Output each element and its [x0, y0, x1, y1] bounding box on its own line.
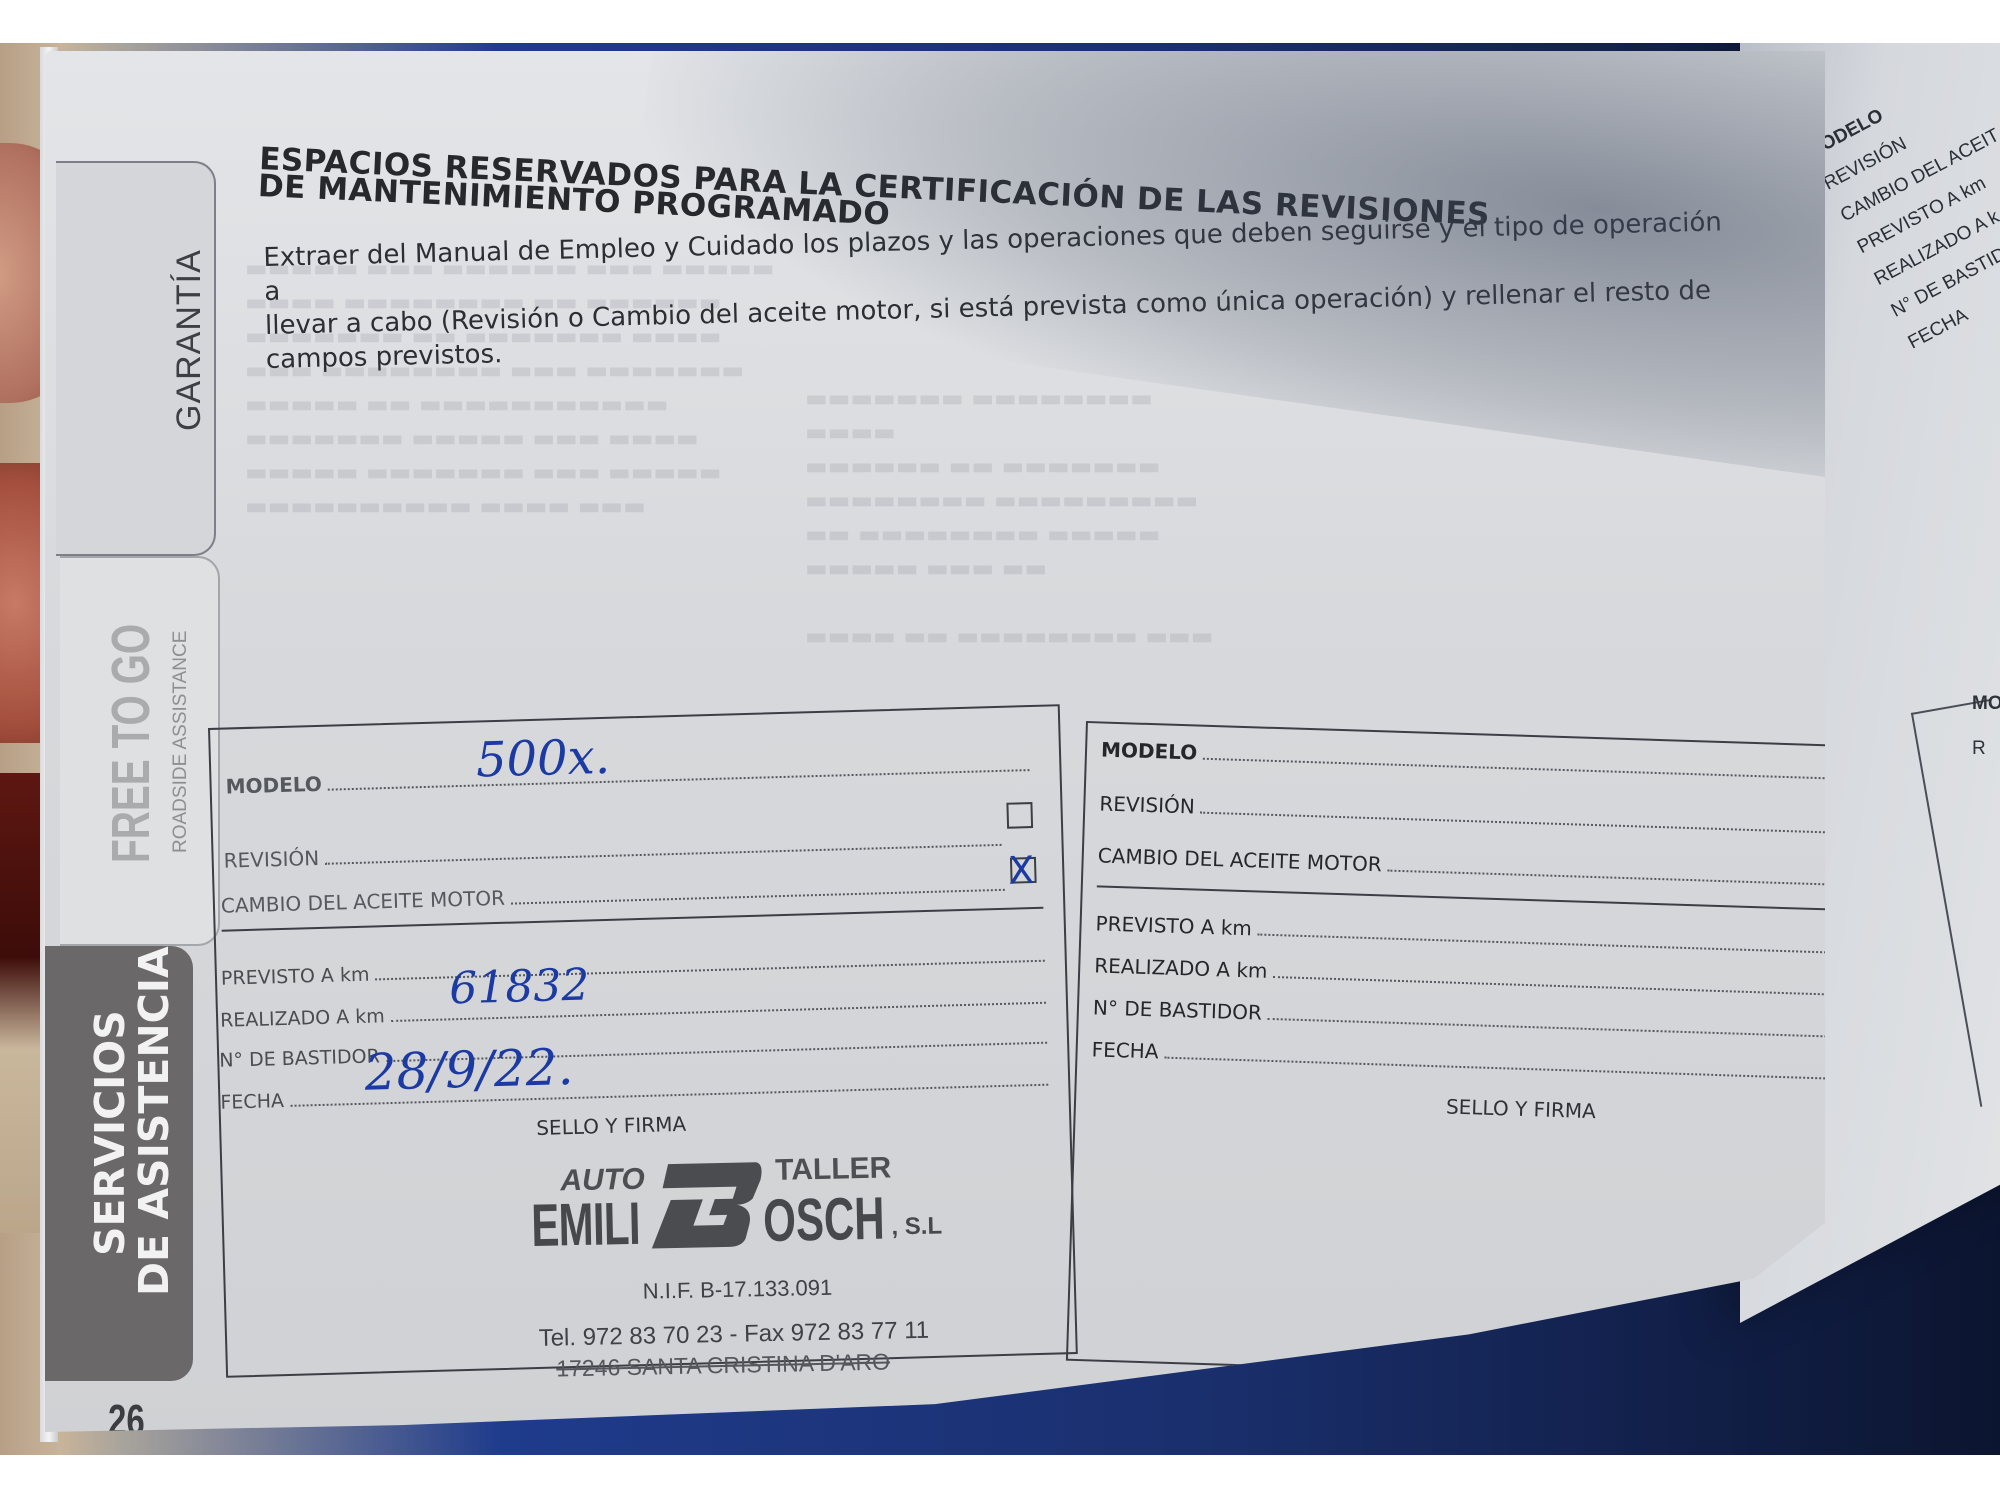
field-modelo: MODELO	[225, 752, 1029, 798]
fecha-handwritten-value: 28/9/22.	[364, 1038, 574, 1102]
label-fecha: FECHA	[220, 1090, 290, 1114]
tab-roadside-label: ROADSIDE ASSISTANCE	[170, 631, 192, 853]
page-number: 26	[108, 1396, 145, 1446]
revision-checkbox[interactable]	[1006, 802, 1033, 829]
label-realizado-km: REALIZADO A km	[1094, 953, 1274, 983]
field-previsto-km: PREVISTO A km	[1095, 911, 1933, 961]
field-bastidor: N° DE BASTIDOR	[219, 1027, 1047, 1072]
label-cambio-aceite: CAMBIO DEL ACEITE MOTOR	[1097, 843, 1388, 876]
tab-garantia-label: GARANTÍA	[170, 249, 209, 431]
label-previsto-km: PREVISTO A km	[221, 963, 376, 989]
stamp-address: 17246 SANTA CRISTINA D'ARO	[556, 1349, 890, 1383]
next-page-mini-revision: R	[1972, 738, 1986, 760]
label-modelo: MODELO	[225, 772, 328, 799]
label-modelo: MODELO	[1101, 737, 1204, 764]
label-revision: REVISIÓN	[223, 846, 325, 873]
stamp-nif: N.I.F. B-17.133.091	[642, 1275, 832, 1305]
modelo-input-line[interactable]	[1203, 758, 1925, 783]
modelo-input-line[interactable]	[328, 769, 1030, 791]
sello-y-firma-label: SELLO Y FIRMA	[1446, 1095, 1597, 1124]
field-realizado-km: REALIZADO A km	[220, 987, 1046, 1032]
tab-servicios-label-1: SERVICIOS	[86, 1010, 134, 1256]
next-page-mini-modelo: MO	[1972, 693, 2000, 715]
stamp-emili: EMILI	[531, 1189, 641, 1260]
stamp-taller: TALLER	[775, 1151, 892, 1187]
revision-input-line[interactable]	[1201, 812, 1909, 836]
booklet-page: ▬▬▬▬▬ ▬▬▬ ▬▬▬▬▬▬ ▬▬▬ ▬▬▬▬▬▬▬▬▬ ▬▬▬▬▬▬▬▬ …	[45, 51, 1825, 1446]
field-revision: REVISIÓN	[1099, 789, 1941, 841]
sello-y-firma-label: SELLO Y FIRMA	[536, 1112, 686, 1140]
field-modelo: MODELO	[1101, 737, 1925, 787]
field-cambio-aceite: CAMBIO DEL ACEITE MOTOR	[1097, 841, 1939, 893]
field-realizado-km: REALIZADO A km	[1094, 953, 1932, 1003]
field-fecha: FECHA	[1091, 1037, 1929, 1087]
cambio-aceite-checkbox[interactable]: X	[1010, 857, 1037, 884]
label-bastidor: N° DE BASTIDOR	[1093, 995, 1269, 1024]
stamp-b-logo-icon	[648, 1158, 765, 1250]
field-previsto-km: PREVISTO A km	[221, 945, 1045, 990]
field-bastidor: N° DE BASTIDOR	[1093, 995, 1931, 1045]
label-previsto-km: PREVISTO A km	[1095, 911, 1258, 940]
maintenance-record-form-1: MODELO 500x. REVISIÓN CAMBIO DEL ACEITE …	[208, 704, 1078, 1378]
cambio-input-line[interactable]	[511, 889, 1005, 905]
stamp-sl: , S.L	[891, 1212, 942, 1241]
label-revision: REVISIÓN	[1099, 791, 1201, 818]
modelo-handwritten-value: 500x.	[475, 729, 610, 789]
label-realizado-km: REALIZADO A km	[220, 1005, 391, 1032]
maintenance-record-form-2: MODELO REVISIÓN CAMBIO DEL ACEITE MOTOR …	[1066, 721, 1952, 1388]
field-fecha: FECHA	[220, 1069, 1048, 1114]
label-bastidor: N° DE BASTIDOR	[219, 1045, 386, 1072]
fecha-input-line[interactable]	[1164, 1057, 1929, 1083]
label-fecha: FECHA	[1091, 1037, 1165, 1063]
intro-paragraph: Extraer del Manual de Empleo y Cuidado l…	[263, 205, 1736, 377]
photo-frame: MODELO REVISIÓN CAMBIO DEL ACEIT PREVIST…	[0, 43, 2000, 1455]
label-cambio-aceite: CAMBIO DEL ACEITE MOTOR	[221, 886, 512, 918]
tab-free-to-go-label: FREE TO GO	[100, 624, 162, 863]
tab-servicios-label-2: DE ASISTENCIA	[130, 946, 178, 1296]
stamp-bosch: OSCH	[763, 1184, 886, 1256]
bleed-through-text: ▬▬▬▬▬▬▬ ▬▬▬▬▬▬▬▬ ▬▬▬▬▬▬▬▬▬▬ ▬▬ ▬▬▬▬▬▬▬▬▬…	[805, 381, 1225, 653]
checkmark-x-icon: X	[1008, 851, 1035, 890]
realizado-km-handwritten-value: 61832	[449, 959, 590, 1014]
